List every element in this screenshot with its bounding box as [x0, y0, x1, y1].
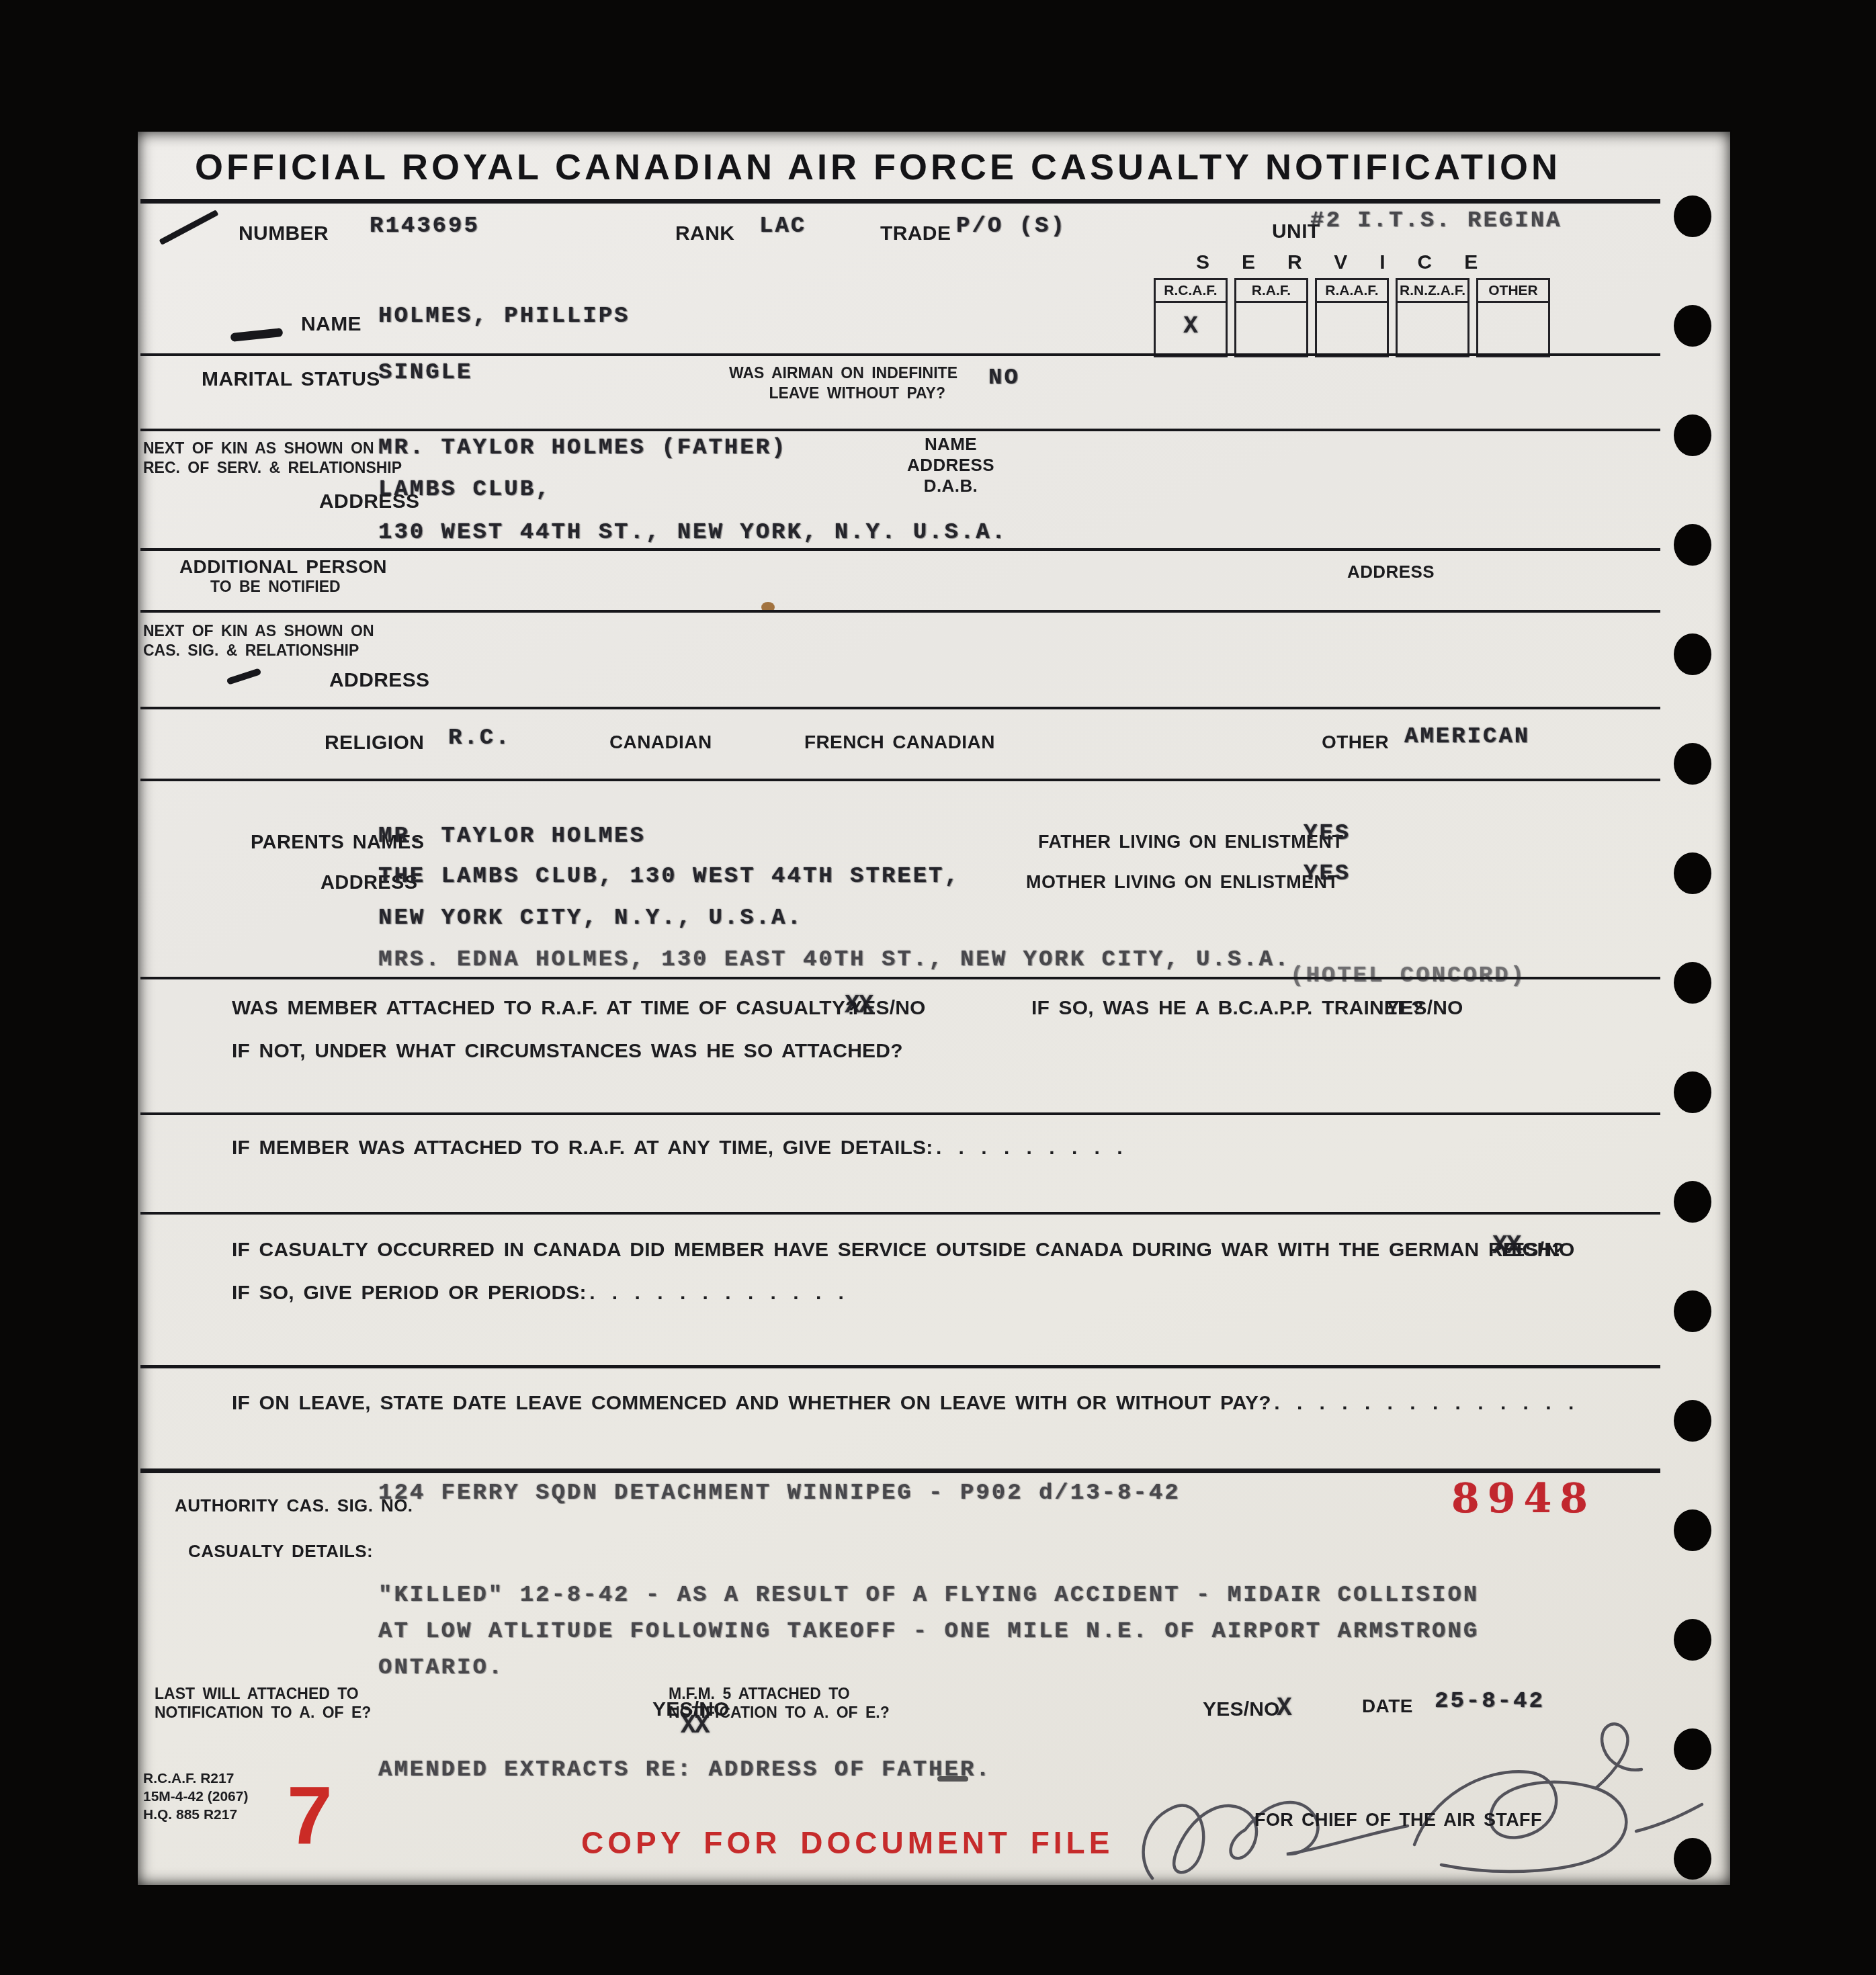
german-reich-strike: XX — [1492, 1232, 1521, 1261]
title-rule — [140, 199, 1660, 204]
authority-value: 124 FERRY SQDN DETACHMENT WINNIPEG - P90… — [378, 1481, 1181, 1506]
rank-value: LAC — [759, 214, 806, 239]
casualty-details-line2: AT LOW ATLITUDE FOLLOWING TAKEOFF - ONE … — [378, 1619, 1479, 1644]
dotted-leader: . . . . . . . . . . . . — [589, 1282, 848, 1304]
service-box-label: R.C.A.F. — [1156, 280, 1226, 303]
punch-hole — [1674, 852, 1711, 894]
ink-mark — [230, 328, 284, 342]
punch-hole — [1674, 743, 1711, 785]
raf-anytime-question: IF MEMBER WAS ATTACHED TO R.A.F. AT ANY … — [232, 1137, 933, 1159]
raf-casualty-question: WAS MEMBER ATTACHED TO R.A.F. AT TIME OF… — [232, 997, 858, 1020]
punch-hole — [1674, 195, 1711, 237]
mother-living-label: MOTHER LIVING ON ENLISTMENT — [1026, 872, 1338, 893]
nok-record-label-line2: REC. OF SERV. & RELATIONSHIP — [143, 459, 402, 477]
father-name-value: MR. TAYLOR HOLMES — [378, 824, 646, 849]
additional-person-label-line1: ADDITIONAL PERSON — [179, 556, 387, 578]
nok-side-name-label: NAME — [897, 434, 1005, 455]
mother-living-value: YES — [1304, 861, 1351, 887]
on-leave-question: IF ON LEAVE, STATE DATE LEAVE COMMENCED … — [232, 1392, 1271, 1414]
father-living-label: FATHER LIVING ON ENLISTMENT — [1038, 832, 1343, 852]
service-check-mark: X — [1156, 312, 1226, 340]
punch-hole — [1674, 1619, 1711, 1661]
religion-value: R.C. — [448, 726, 511, 751]
punch-hole — [1674, 414, 1711, 456]
french-canadian-label: FRENCH CANADIAN — [804, 732, 995, 753]
nok-record-address-label: ADDRESS — [319, 490, 420, 513]
service-box-label: OTHER — [1478, 280, 1548, 303]
canadian-label: CANADIAN — [609, 732, 712, 753]
punch-hole — [1674, 524, 1711, 566]
authority-label: AUTHORITY CAS. SIG. NO. — [175, 1495, 413, 1516]
mfm-label-line1: M.F.M. 5 ATTACHED TO — [669, 1685, 850, 1703]
number-label: NUMBER — [239, 222, 329, 245]
page-number: 7 — [287, 1775, 333, 1857]
last-will-label-line1: LAST WILL ATTACHED TO — [155, 1685, 359, 1703]
german-reich-answer: YES/NO XX — [1498, 1239, 1575, 1262]
form-number-line2: 15M-4-42 (2067) — [143, 1788, 248, 1806]
section-rule — [140, 548, 1660, 551]
nok-side-address-label: ADDRESS — [897, 455, 1005, 476]
nok-record-label-line1: NEXT OF KIN AS SHOWN ON — [143, 439, 374, 457]
section-rule — [140, 1365, 1660, 1368]
marital-status-label: MARITAL STATUS — [202, 368, 380, 391]
additional-person-label-line2: TO BE NOTIFIED — [210, 578, 341, 596]
ink-mark — [226, 668, 262, 685]
name-label: NAME — [301, 313, 361, 336]
service-box-rcaf: R.C.A.F. X — [1154, 278, 1228, 357]
father-living-value: YES — [1304, 821, 1351, 846]
marital-status-value: SINGLE — [378, 360, 472, 386]
section-rule — [140, 977, 1660, 979]
mother-name-line: MRS. EDNA HOLMES, 130 EAST 40TH ST., NEW… — [378, 947, 1290, 973]
ink-mark — [159, 210, 219, 245]
parents-address-line2: NEW YORK CITY, N.Y., U.S.A. — [378, 906, 803, 931]
service-box-label: R.A.A.F. — [1317, 280, 1387, 303]
nok-side-dab-label: D.A.B. — [897, 476, 1005, 496]
signature-caption: FOR CHIEF OF THE AIR STAFF — [1254, 1810, 1542, 1831]
section-rule — [140, 1112, 1660, 1115]
number-value: R143695 — [370, 214, 480, 239]
section-rule — [140, 610, 1660, 613]
amended-note: AMENDED EXTRACTS RE: ADDRESS OF FATHER. — [378, 1757, 992, 1783]
parents-address-line1: THE LAMBS CLUB, 130 WEST 44TH STREET, — [378, 864, 960, 889]
service-box-label: R.A.F. — [1236, 280, 1306, 303]
punch-hole — [1674, 1400, 1711, 1442]
trade-label: TRADE — [880, 222, 951, 245]
unit-value: #2 I.T.S. REGINA — [1310, 208, 1562, 234]
period-question: IF SO, GIVE PERIOD OR PERIODS: — [232, 1282, 587, 1304]
punch-hole — [1674, 633, 1711, 675]
section-rule-heavy — [140, 1468, 1660, 1473]
indefinite-leave-question-line2: LEAVE WITHOUT PAY? — [729, 384, 945, 402]
punch-hole — [1674, 1509, 1711, 1551]
bcapp-question: IF SO, WAS HE A B.C.A.P.P. TRAINEE? — [1031, 997, 1424, 1020]
file-number-stamp: 8948 — [1451, 1475, 1596, 1522]
punch-hole — [1674, 305, 1711, 347]
other-nationality-label: OTHER — [1322, 732, 1389, 753]
mother-note: (HOTEL CONCORD) — [1290, 963, 1526, 989]
section-rule — [140, 1212, 1660, 1215]
german-reich-question: IF CASUALTY OCCURRED IN CANADA DID MEMBE… — [232, 1239, 1564, 1262]
punch-hole — [1674, 962, 1711, 1004]
mfm-label-line2: NOTIFICATION TO A. OF E.? — [669, 1704, 890, 1722]
rank-label: RANK — [675, 222, 734, 245]
indefinite-leave-answer: NO — [988, 365, 1020, 391]
dotted-leader: . . . . . . . . . — [936, 1137, 1127, 1159]
casualty-details-line3: ONTARIO. — [378, 1655, 504, 1681]
section-rule — [140, 707, 1660, 709]
section-rule — [140, 429, 1660, 431]
service-box-rnzaf: R.N.Z.A.F. — [1396, 278, 1469, 357]
additional-person-address-label: ADDRESS — [1347, 562, 1435, 582]
raf-casualty-strike: XX — [845, 992, 873, 1020]
service-header: SERVICE — [1196, 251, 1510, 274]
nok-casualty-address-label: ADDRESS — [329, 669, 430, 692]
form-number-line1: R.C.A.F. R217 — [143, 1769, 248, 1788]
service-box-other: OTHER — [1476, 278, 1550, 357]
name-value: HOLMES, PHILLIPS — [378, 304, 630, 329]
service-box-raf: R.A.F. — [1234, 278, 1308, 357]
document-title: OFFICIAL ROYAL CANADIAN AIR FORCE CASUAL… — [195, 146, 1561, 188]
service-box-raaf: R.A.A.F. — [1315, 278, 1389, 357]
punch-hole — [1674, 1181, 1711, 1223]
nok-casualty-label-line1: NEXT OF KIN AS SHOWN ON — [143, 622, 374, 640]
punch-hole — [1674, 1290, 1711, 1332]
indefinite-leave-question-line1: WAS AIRMAN ON INDEFINITE — [729, 364, 945, 382]
casualty-details-label: CASUALTY DETAILS: — [188, 1541, 373, 1562]
religion-label: RELIGION — [325, 732, 424, 754]
if-not-question: IF NOT, UNDER WHAT CIRCUMSTANCES WAS HE … — [232, 1040, 903, 1063]
section-rule — [140, 779, 1660, 781]
last-will-label-line2: NOTIFICATION TO A. OF E? — [155, 1704, 371, 1722]
other-nationality-value: AMERICAN — [1404, 724, 1530, 750]
copy-stamp: COPY FOR DOCUMENT FILE — [581, 1825, 1113, 1861]
section-rule — [140, 353, 1660, 356]
nok-record-value: MR. TAYLOR HOLMES (FATHER) — [378, 435, 787, 461]
ink-mark — [937, 1776, 968, 1782]
raf-casualty-answer: YES/NO XX — [849, 997, 926, 1020]
document-sheet: OFFICIAL ROYAL CANADIAN AIR FORCE CASUAL… — [138, 132, 1730, 1885]
dotted-leader: . . . . . . . . . . . . . . — [1274, 1392, 1578, 1414]
punch-hole — [1674, 1071, 1711, 1113]
form-number-line3: H.Q. 885 R217 — [143, 1806, 248, 1824]
nok-record-address-line2: 130 WEST 44TH ST., NEW YORK, N.Y. U.S.A. — [378, 520, 1007, 545]
casualty-details-line1: "KILLED" 12-8-42 - AS A RESULT OF A FLYI… — [378, 1583, 1479, 1608]
nok-casualty-label-line2: CAS. SIG. & RELATIONSHIP — [143, 642, 359, 660]
service-box-label: R.N.Z.A.F. — [1398, 280, 1467, 303]
bcapp-answer: YES/NO — [1386, 997, 1463, 1020]
trade-value: P/O (S) — [956, 214, 1066, 239]
